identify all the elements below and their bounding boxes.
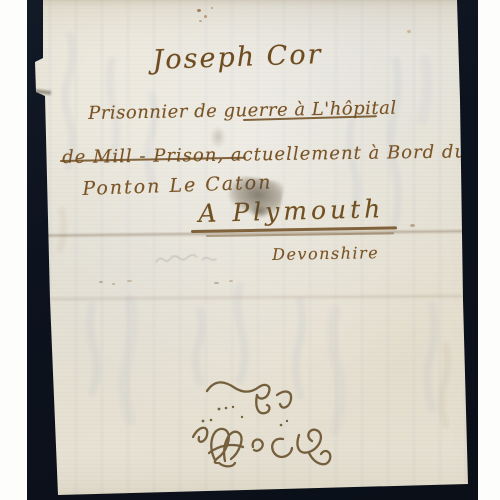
letter-paper: Joseph Cor Prisonnier de guerre à L'hôpi… (0, 0, 500, 500)
address-line-3-struck-text: de Mill - Prison (62, 145, 218, 168)
address-line-6-county: Devonshire (272, 243, 379, 264)
paper-speckle (214, 282, 219, 284)
address-line-5-destination: A Plymouth (198, 194, 385, 228)
inverted-signature-flourish (185, 375, 345, 475)
ink-spot (204, 15, 207, 18)
paper-speckle (112, 283, 115, 285)
ink-smudge-stain-small (250, 204, 270, 219)
paper-speckle (407, 30, 411, 33)
paper-speckle (229, 280, 233, 282)
ink-spot (211, 7, 213, 9)
ink-spot (197, 9, 201, 12)
pencil-scribble (154, 252, 218, 266)
ink-spot (199, 20, 202, 22)
photo-of-letter: Joseph Cor Prisonnier de guerre à L'hôpi… (0, 0, 500, 500)
ink-smear-faint (210, 126, 226, 148)
addressee-name-line: Joseph Cor (152, 39, 323, 76)
address-line-3-text: , actuellement à Bord du (217, 141, 467, 165)
paper-speckle (127, 280, 132, 282)
paper-speckle (410, 224, 415, 227)
paper-speckle (99, 281, 103, 283)
